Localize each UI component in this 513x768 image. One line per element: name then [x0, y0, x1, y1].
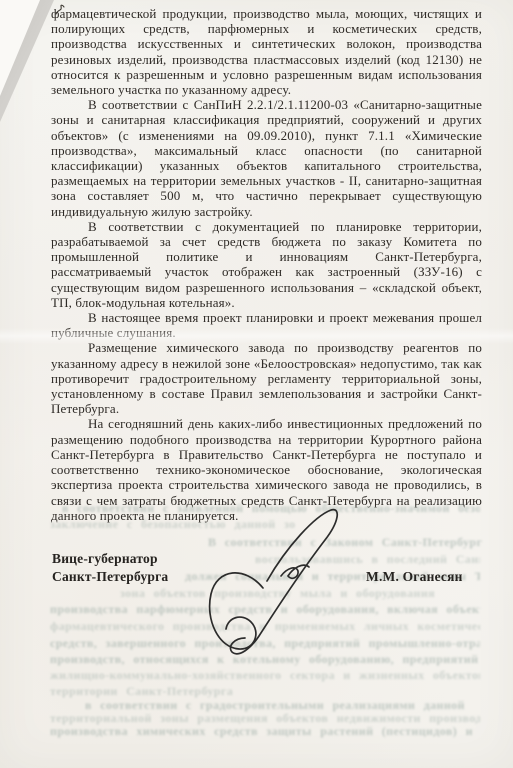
scanned-letter-page: фармацевтической продукции, производство… — [0, 0, 513, 768]
bleedthrough-text-line: производства химических средств защиты р… — [50, 725, 480, 738]
signer-title: Вице-губернатор Санкт-Петербурга — [52, 550, 168, 585]
bleedthrough-text-line: территории Санкт-Петербурга — [50, 685, 280, 698]
body-paragraph: Размещение химического завода по произво… — [51, 340, 482, 416]
signer-title-line2: Санкт-Петербурга — [52, 568, 168, 586]
body-paragraph: В соответствии с СанПиН 2.2.1/2.1.11200-… — [51, 97, 482, 219]
body-paragraph: фармацевтической продукции, производство… — [51, 6, 482, 97]
signer-title-line1: Вице-губернатор — [52, 550, 168, 568]
bleedthrough-text-line: в соответствии с градостроительными реал… — [85, 699, 475, 712]
page-corner-fold — [0, 0, 40, 96]
bleedthrough-text-line: территориальной зоны размещения объектов… — [50, 712, 480, 725]
body-paragraph: В настоящее время проект планировки и пр… — [51, 310, 482, 340]
body-paragraph: В соответствии с документацией по планир… — [51, 219, 482, 310]
signer-name: М.М. Оганесян — [366, 569, 463, 585]
letter-body: фармацевтической продукции, производство… — [51, 6, 482, 523]
signature-autograph — [197, 496, 357, 671]
